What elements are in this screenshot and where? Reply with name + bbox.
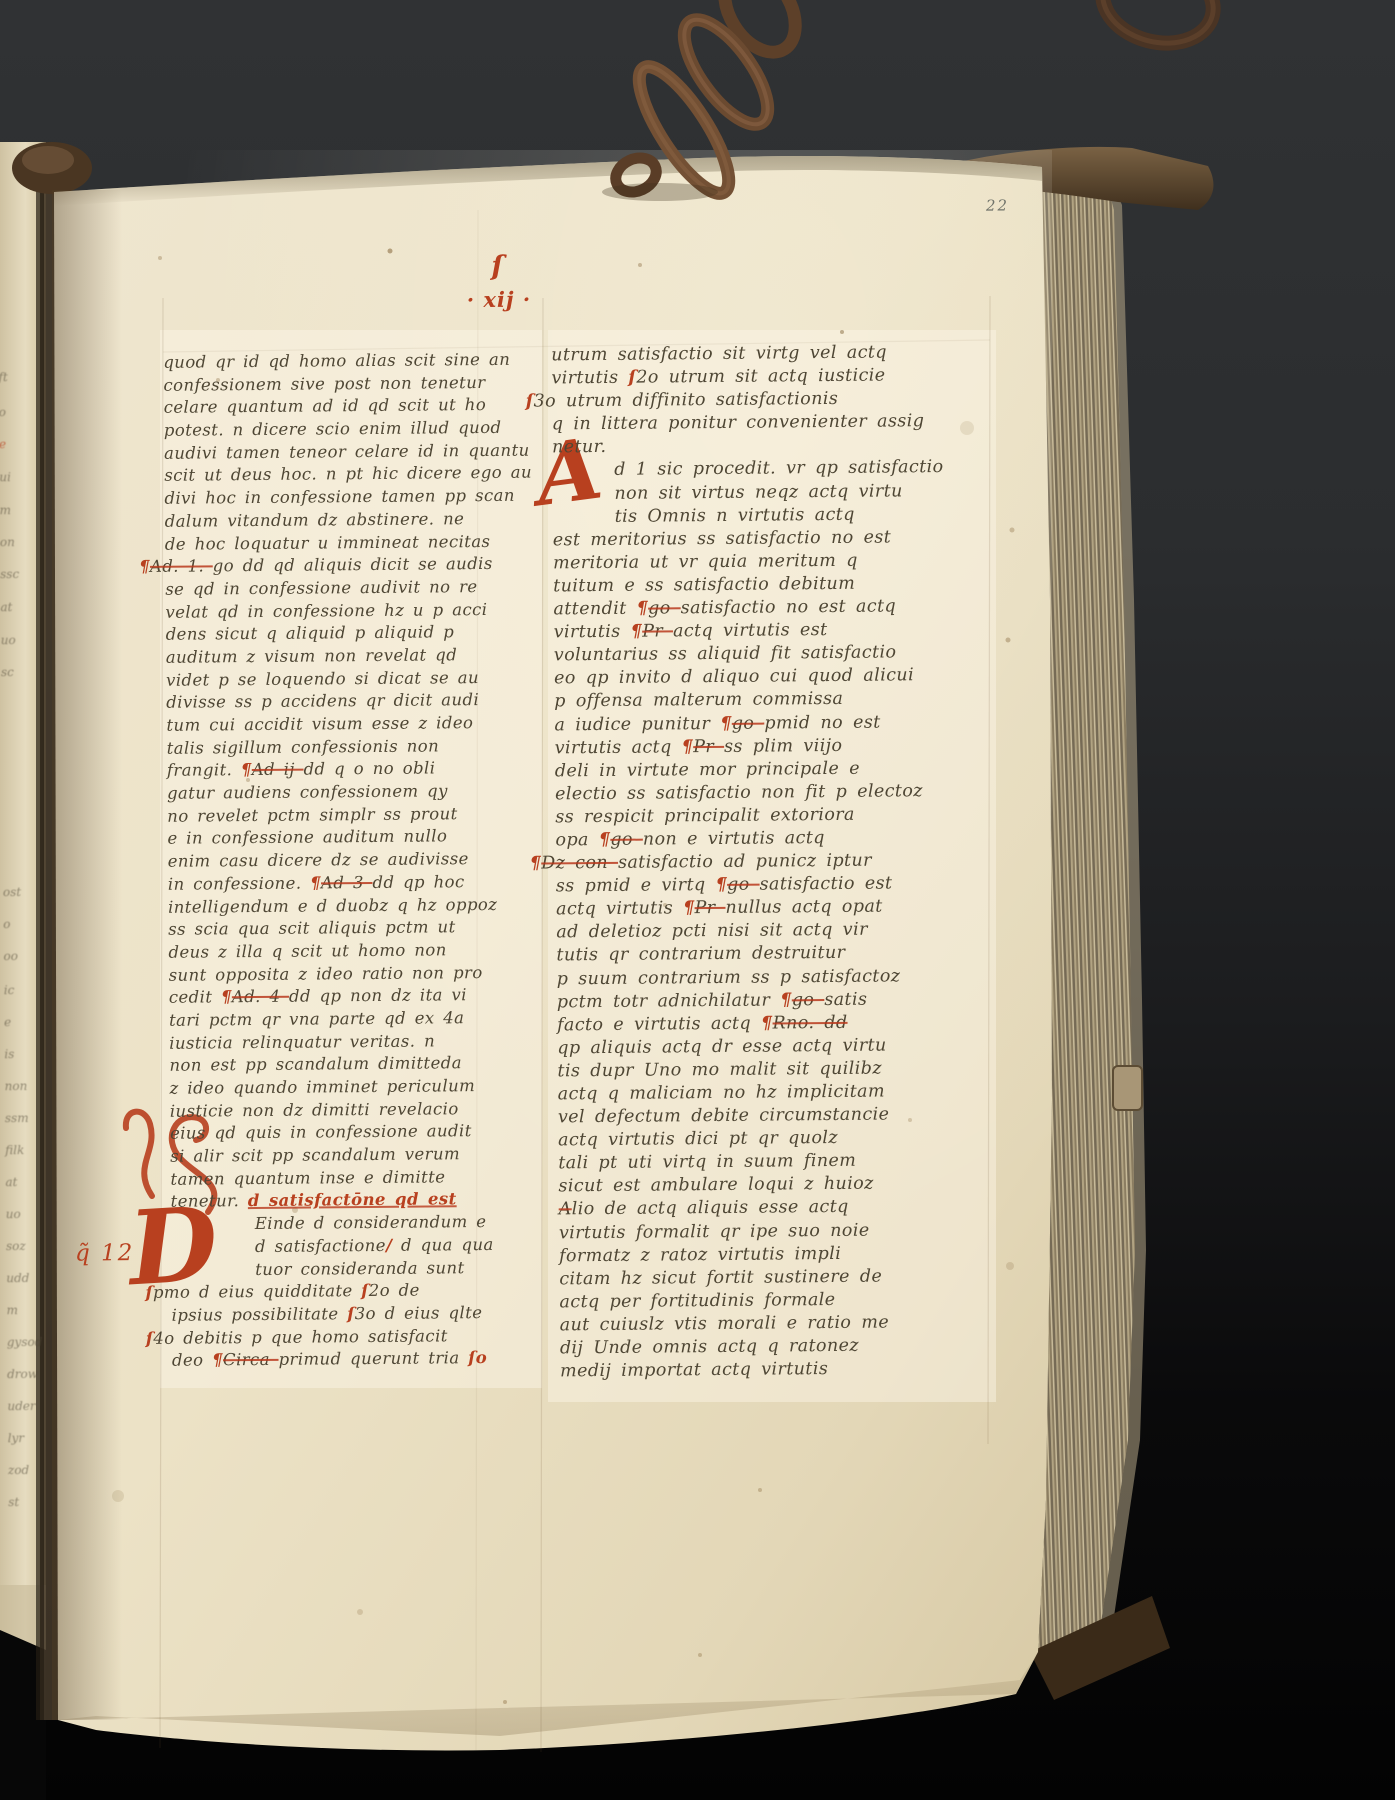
facing-page-fragment: at — [0, 600, 12, 614]
facing-page-fragment: uo — [6, 1207, 21, 1221]
text-column-left: quod qr id qd homo alias scit sine ancon… — [163, 349, 540, 1373]
facing-page-fragment: o — [3, 917, 10, 931]
manuscript-line: tamen quantum inse e dimitte — [170, 1165, 538, 1191]
facing-page-fragment: gysod — [7, 1335, 43, 1349]
facing-page-fragment: e — [0, 437, 6, 451]
manuscript-line: deus z illa q scit ut homo non — [168, 938, 536, 964]
manuscript-line: d satisfactione/ d qua qua — [255, 1233, 539, 1258]
manuscript-line: se qd in confessione audivit no re — [165, 575, 533, 601]
manuscript-line: confessionem sive post non tenetur — [163, 371, 531, 397]
manuscript-line: scit ut deus hoc. n pt hic dicere ego au — [164, 462, 532, 488]
facing-page-fragment: oo — [3, 949, 18, 963]
manuscript-line: celare quantum ad id qd scit ut ho — [164, 394, 532, 420]
facing-page-fragment: drow — [7, 1367, 38, 1381]
manuscript-line: in confessione. ¶Ad 3 dd qp hoc — [168, 870, 536, 896]
facing-page-fragment: ssc — [0, 567, 19, 581]
facing-page-fragment: zod — [8, 1463, 29, 1477]
manuscript-line: iusticie non dz dimitti revelacio — [170, 1097, 538, 1123]
facing-page-fragment: e — [4, 1015, 11, 1029]
manuscript-line: talis sigillum confessionis non — [167, 734, 535, 760]
manuscript-line: auditum z visum non revelat qd — [166, 644, 534, 670]
manuscript-line: ¶Ad. 1. go dd qd aliquis dicit se audis — [165, 553, 533, 579]
manuscript-line: electio ss satisfactio non fit p electoz — [555, 779, 985, 806]
facing-page-fragment: non — [5, 1079, 28, 1093]
facing-page-fragment: ssm — [5, 1111, 29, 1125]
facing-page-fragment: on — [0, 535, 15, 549]
manuscript-line: tis Omnis n virtutis actq — [615, 502, 983, 528]
facing-page-fragment: lyr — [8, 1431, 24, 1445]
facing-page-fragment: is — [4, 1047, 14, 1061]
facing-page-fragment: uder — [7, 1399, 35, 1413]
facing-page-fragment: uo — [1, 633, 16, 647]
manuscript-line: velat qd in confessione hz u p acci — [165, 598, 533, 624]
margin-quaestio-note: q̃ 12 — [75, 1240, 135, 1267]
manuscript-line: eius qd quis in confessione audit — [170, 1120, 538, 1146]
manuscript-line: d 1 sic procedit. vr qp satisfactio — [614, 456, 982, 482]
manuscript-line: no revelet pctm simplr ss prout — [167, 802, 535, 828]
manuscript-line: tenetur. d satisfactōne qd est — [171, 1188, 539, 1214]
manuscript-line: gatur audiens confessionem qy — [167, 780, 535, 806]
running-head-mark: ſ — [491, 251, 503, 282]
facing-page-fragment: ui — [0, 470, 11, 484]
manuscript-line: intelligendum e d duobz q hz oppoz — [168, 893, 536, 919]
manuscript-line: ſ4o debitis p que homo satisfacit — [172, 1324, 540, 1350]
manuscript-line: divi hoc in confessione tamen pp scan — [164, 485, 532, 511]
facing-page-fragment: soz — [6, 1239, 26, 1253]
facing-page-fragment: ost — [3, 885, 21, 899]
manuscript-line: non est pp scandalum dimitteda — [169, 1052, 537, 1078]
manuscript-line: z ideo quando imminet periculum — [170, 1075, 538, 1101]
text-column-right: utrum satisfactio sit virtg vel actqvirt… — [551, 341, 990, 1384]
facing-page-fragment: filk — [5, 1143, 24, 1157]
manuscript-line: tari pctm qr vna parte qd ex 4a — [169, 1006, 537, 1032]
manuscript-line: dalum vitandum dz abstinere. ne — [165, 507, 533, 533]
facing-page-fragment: m — [0, 503, 11, 517]
facing-page-fragment: ic — [4, 983, 15, 997]
manuscript-line: iusticia relinquatur veritas. n — [169, 1029, 537, 1055]
facing-page-fragment: at — [5, 1175, 17, 1189]
manuscript-line: videt p se loquendo si dicat se au — [166, 666, 534, 692]
manuscript-line: enim casu dicere dz se audivisse — [168, 848, 536, 874]
manuscript-line: ss scia qua scit aliquis pctm ut — [168, 916, 536, 942]
manuscript-line: Einde d considerandum e — [255, 1211, 539, 1236]
chained-manuscript-photo: ſ · xij · 22 q̃ 12 D A quod qr id qd hom… — [0, 0, 1395, 1800]
manuscript-line: cedit ¶Ad. 4 dd qp non dz ita vi — [169, 984, 537, 1010]
manuscript-text-layer: ſ · xij · 22 q̃ 12 D A quod qr id qd hom… — [0, 0, 1395, 1800]
manuscript-line: quod qr id qd homo alias scit sine an — [163, 349, 531, 375]
manuscript-line: tum cui accidit visum esse z ideo — [166, 712, 534, 738]
manuscript-line: medij importat actq virtutis — [560, 1357, 990, 1384]
manuscript-line: deo ¶Circa primud querunt tria ſo — [172, 1347, 540, 1373]
facing-page-fragment: udd — [6, 1271, 29, 1285]
manuscript-line: si alir scit pp scandalum verum — [170, 1143, 538, 1169]
facing-page-fragment: st — [8, 1495, 19, 1509]
manuscript-line: tuor consideranda sunt — [255, 1256, 539, 1281]
manuscript-line: dens sicut q aliquid p aliquid p — [166, 621, 534, 647]
facing-page-fragment: ft — [0, 370, 8, 384]
manuscript-line: audivi tamen teneor celare id in quantu — [164, 439, 532, 465]
manuscript-line: frangit. ¶Ad ij dd q o no obli — [167, 757, 535, 783]
facing-page-fragment: o — [0, 405, 6, 419]
facing-page-fragment: m — [6, 1303, 18, 1317]
running-head-number: · xij · — [467, 287, 532, 313]
manuscript-line: ſpmo d eius quidditate ſ2o de — [171, 1279, 539, 1305]
manuscript-line: ipsius possibilitate ſ3o d eius qlte — [172, 1301, 540, 1327]
manuscript-line: de hoc loquatur u immineat necitas — [165, 530, 533, 556]
folio-number: 22 — [986, 196, 1009, 214]
manuscript-line: sunt opposita z ideo ratio non pro — [169, 961, 537, 987]
facing-page-fragment: sc — [1, 665, 14, 679]
manuscript-line: potest. n dicere scio enim illud quod — [164, 417, 532, 443]
manuscript-line: divisse ss p accidens qr dicit audi — [166, 689, 534, 715]
manuscript-line: non sit virtus neqz actq virtu — [614, 479, 982, 505]
manuscript-line: q in littera ponitur convenienter assig — [552, 410, 982, 437]
manuscript-line: e in confessione auditum nullo — [167, 825, 535, 851]
